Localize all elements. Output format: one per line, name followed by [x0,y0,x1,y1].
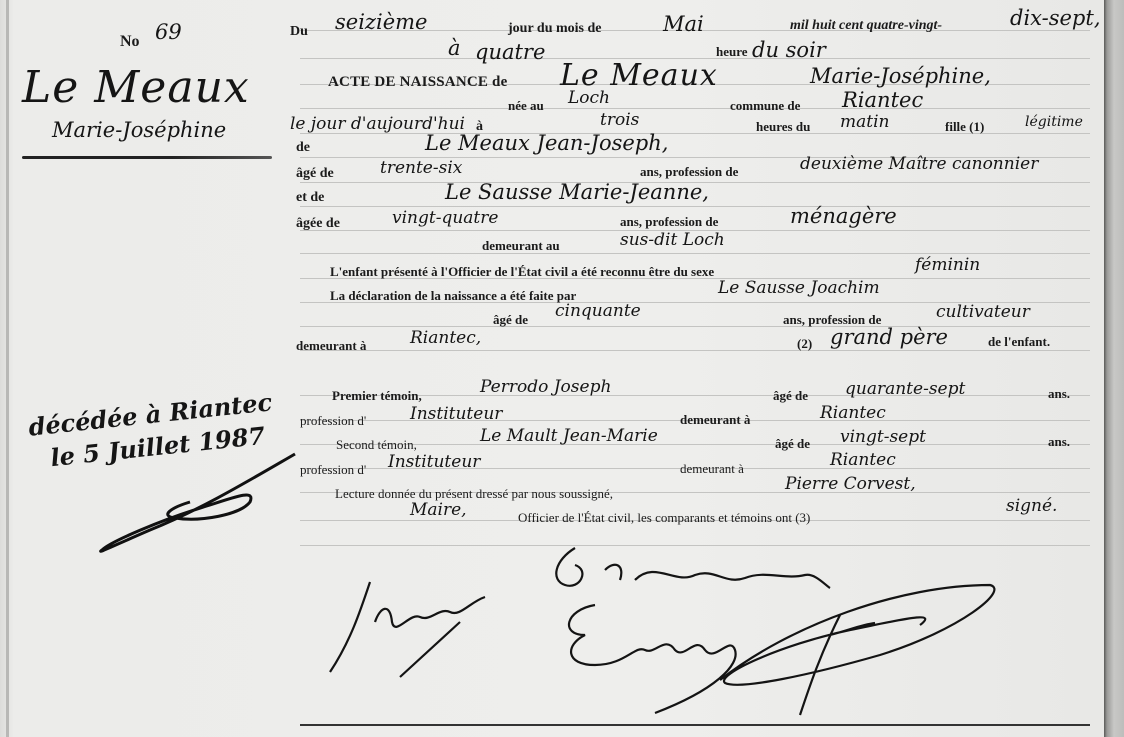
hour-value: quatre [475,40,545,64]
witness1-name: Perrodo Joseph [480,377,611,397]
year-prefix: mil huit cent quatre-vingt- [790,18,942,34]
margin-separator [22,156,272,159]
child-given-names: Marie-Joséphine, [810,64,991,88]
signed-value: signé. [1006,496,1057,516]
relation-value: grand père [830,325,948,349]
reading-label: Lecture donnée du présent dressé par nou… [335,486,613,502]
signature-corvest [700,575,1010,725]
ruled-line [300,444,1090,445]
officer-name: Pierre Corvest, [785,474,916,494]
officer-text: Officier de l'État civil, les comparants… [518,510,810,526]
mother-name: Le Sausse Marie-Jeanne, [445,180,709,204]
father-name: Le Meaux Jean-Joseph, [425,131,668,155]
hour-label: heure [716,44,748,60]
declarant-profession: cultivateur [936,302,1030,322]
declarant-residence-label: demeurant à [296,338,366,354]
hour-prefix: à [448,36,461,60]
ruled-line [300,350,1090,351]
bottom-rule [300,724,1090,726]
witness1-age-label: âgé de [773,388,808,404]
relation-suffix: de l'enfant. [988,334,1050,350]
month-value: Mai [663,12,704,36]
time-hour: trois [600,110,639,130]
declarant-name: Le Sausse Joachim [718,278,880,298]
declarant-residence: Riantec, [410,328,481,348]
signature-le-mault [320,572,520,682]
ruled-line [300,206,1090,207]
father-age: trente-six [380,158,462,178]
mother-age: vingt-quatre [392,208,498,228]
witness2-age-label: âgé de [775,436,810,452]
jour-du-mois-label: jour du mois de [508,21,601,37]
father-ans-label: ans, profession de [640,164,738,180]
commune-label: commune de [730,98,800,114]
ruled-line [300,108,1090,109]
witness1-age: quarante-sept [845,379,965,399]
margin-surname: Le Meaux [22,62,250,113]
entry-number-label: No [120,33,140,51]
hour-suffix: du soir [752,38,826,62]
mother-prefix: et de [296,190,324,206]
witness2-profession-label: profession d' [300,462,366,478]
witness1-residence-label: demeurant à [680,412,750,428]
declarant-age-label: âgé de [493,312,528,328]
declared-by-label: La déclaration de la naissance a été fai… [330,288,576,304]
filiation-value: légitime [1025,114,1083,130]
act-title: ACTE DE NAISSANCE de [328,74,507,91]
margin-paraph-icon [90,450,310,560]
witness2-ans-label: ans. [1048,434,1070,450]
register-page: No 69 Le Meaux Marie-Joséphine décédée à… [0,0,1104,737]
born-place: Loch [568,88,610,108]
mother-age-label: âgée de [296,216,340,232]
relation-prefix: (2) [797,336,812,352]
father-profession: deuxième Maître canonnier [800,154,1038,174]
mother-profession: ménagère [790,204,897,228]
child-sex: féminin [915,255,980,275]
margin-given-names: Marie-Joséphine [52,118,226,142]
day-value: seizième [335,10,427,34]
witness1-profession: Instituteur [410,404,502,424]
witness2-age: vingt-sept [840,427,926,447]
commune-value: Riantec [842,88,923,112]
witness1-profession-label: profession d' [300,413,366,429]
ruled-line [300,253,1090,254]
witness2-name: Le Mault Jean-Marie [480,426,658,446]
residence-value: sus-dit Loch [620,230,725,250]
heures-period: matin [840,112,889,132]
heures-label: heures du [756,119,810,135]
father-prefix: de [296,140,310,156]
entry-number: 69 [155,20,182,44]
witness2-label: Second témoin, [336,437,417,453]
witness1-residence: Riantec [820,403,886,423]
witness1-label: Premier témoin, [332,388,422,404]
witness2-profession: Instituteur [388,452,480,472]
mother-ans-label: ans, profession de [620,214,718,230]
declarant-age: cinquante [555,301,641,321]
father-age-label: âgé de [296,166,334,182]
year-suffix: dix-sept, [1010,6,1101,30]
officer-title: Maire, [410,500,467,520]
witness2-residence-label: demeurant à [680,461,744,477]
page-edge-shadow [1104,0,1124,737]
witness1-ans-label: ans. [1048,386,1070,402]
child-presented-text: L'enfant présenté à l'Officier de l'État… [330,264,714,280]
ruled-line [300,326,1090,327]
witness2-residence: Riantec [830,450,896,470]
page-binding [6,0,9,737]
du-label: Du [290,24,308,40]
filiation-label: fille (1) [945,119,984,135]
born-label: née au [508,98,544,114]
residence-label: demeurant au [482,238,560,254]
